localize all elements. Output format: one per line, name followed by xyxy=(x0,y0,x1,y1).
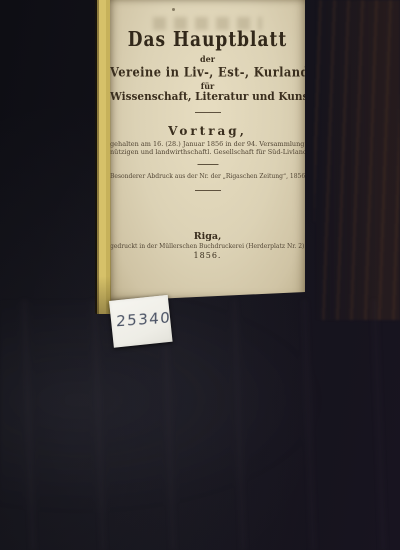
title-subjects: Wissenschaft, Literatur und Kunst xyxy=(110,91,305,104)
background-smudges xyxy=(0,300,400,550)
lecture-heading: Vortrag, xyxy=(110,124,305,138)
lecture-details-line1: gehalten am 16. (28.) Januar 1856 in der… xyxy=(110,140,305,148)
inventory-number: 25340 xyxy=(116,309,171,331)
imprint-year: 1856. xyxy=(110,251,305,260)
title-connector-fuer: für xyxy=(110,81,305,91)
imprint-printer: gedruckt in der Müllerschen Buchdruckere… xyxy=(110,243,305,250)
background-streaks xyxy=(314,0,400,320)
inventory-sticker: 25340 xyxy=(109,295,173,348)
paper-speck xyxy=(172,8,175,11)
title-page: Das Hauptblatt der Vereine in Liv-, Est-… xyxy=(110,0,305,301)
title-organizations: Vereine in Liv-, Est-, Kurland und Oesel xyxy=(110,64,305,79)
title-connector-der: der xyxy=(110,54,305,64)
divider-rule-1 xyxy=(195,112,221,113)
divider-rule-3 xyxy=(195,190,221,191)
book-title: Das Hauptblatt xyxy=(110,28,305,52)
reprint-note: Besonderer Abdruck aus der Nr. der „Riga… xyxy=(110,173,305,180)
divider-rule-2 xyxy=(197,164,218,165)
book-photograph: Das Hauptblatt der Vereine in Liv-, Est-… xyxy=(0,0,400,550)
lecture-details-line2: nützigen und landwirthschaftl. Gesellsch… xyxy=(110,148,305,156)
imprint-city: Riga, xyxy=(110,231,305,242)
